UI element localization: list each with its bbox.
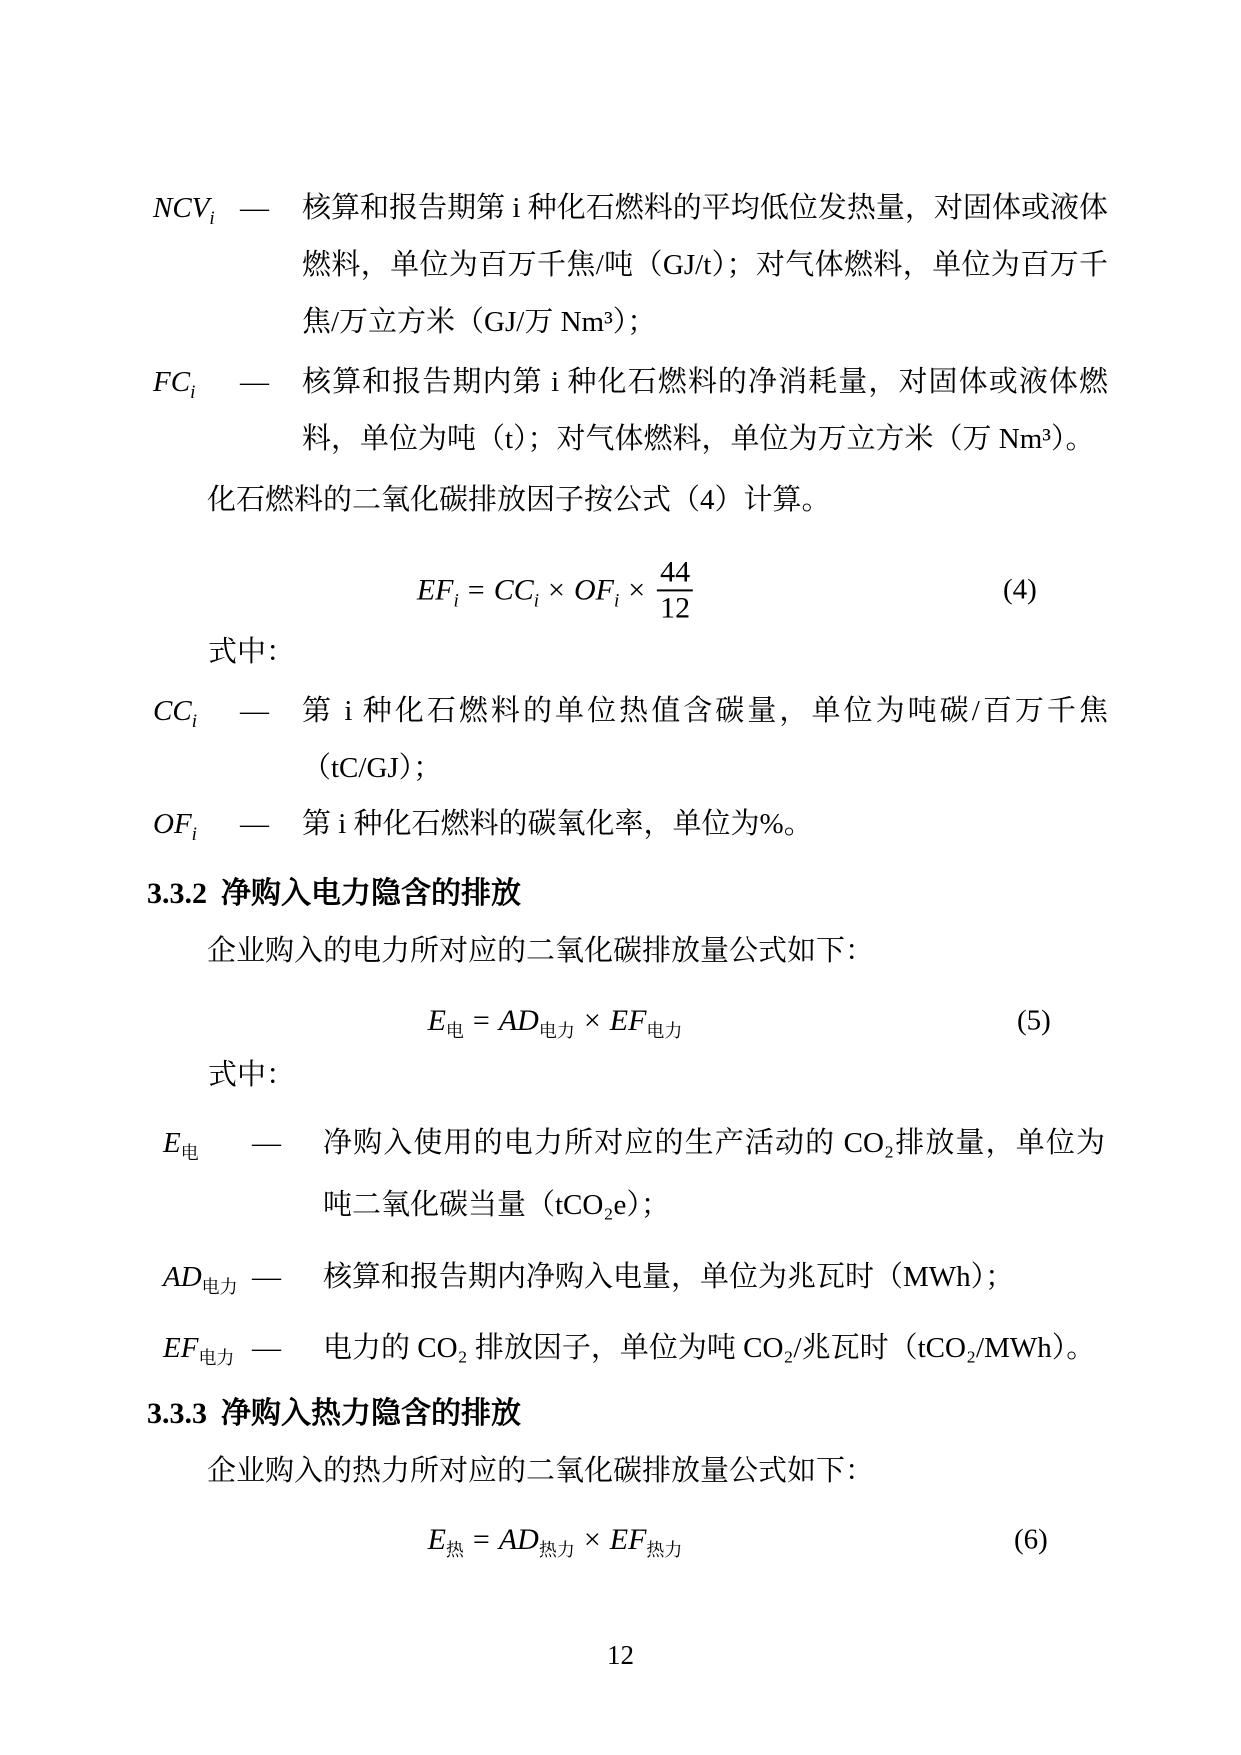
definition-dash: —	[252, 1112, 323, 1236]
paragraph-formula6-intro: 企业购入的热力所对应的二氧化碳排放量公式如下：	[145, 1443, 1107, 1500]
definition-dash: —	[252, 1246, 323, 1308]
definition-item-of: OFi — 第 i 种化石燃料的碳氧化率，单位为%。	[153, 796, 1108, 853]
definition-item-ef-dianli: EF电力 — 电力的 CO₂ 排放因子，单位为吨 CO₂/兆瓦时（tCO₂/MW…	[163, 1317, 1105, 1379]
equation-number-6: (6)	[1014, 1524, 1048, 1557]
definition-text-cc: 第 i 种化石燃料的单位热值含碳量，单位为吨碳/百万千焦（tC/GJ）；	[302, 683, 1108, 797]
where-label-2: 式中：	[208, 1047, 295, 1104]
term-fc-subscript: i	[190, 382, 195, 403]
section-title-332: 净购入电力隐含的排放	[221, 877, 521, 910]
formula-4-row: EFi = CCi × OFi × 44 12 (4)	[0, 548, 1241, 632]
formula-5-row: E电 = AD电力 × EF电力 (5)	[0, 979, 1241, 1063]
definition-dash: —	[240, 796, 302, 853]
section-number-333: 3.3.3	[147, 1397, 207, 1430]
equals-sign: =	[459, 573, 494, 607]
definition-text-of: 第 i 种化石燃料的碳氧化率，单位为%。	[302, 796, 1108, 853]
section-heading-333: 3.3.3净购入热力隐含的排放	[147, 1385, 521, 1443]
page-number: 12	[0, 1639, 1241, 1671]
fraction-denominator: 12	[660, 591, 690, 625]
where-label-1: 式中：	[208, 624, 295, 681]
formula-6-expression: E热 = AD热力 × EF热力	[428, 1523, 683, 1557]
definition-text-ncv: 核算和报告期第 i 种化石燃料的平均低位发热量，对固体或液体燃料，单位为百万千焦…	[302, 180, 1108, 351]
document-page: NCVi — 核算和报告期第 i 种化石燃料的平均低位发热量，对固体或液体燃料，…	[0, 0, 1241, 1755]
definition-item-fc: FCi — 核算和报告期内第 i 种化石燃料的净消耗量，对固体或液体燃料，单位为…	[153, 354, 1108, 468]
definition-text-ef-dianli: 电力的 CO₂ 排放因子，单位为吨 CO₂/兆瓦时（tCO₂/MWh）。	[323, 1317, 1105, 1379]
formula5-lhs: E电	[428, 1004, 464, 1038]
formula5-term1: AD电力	[499, 1004, 575, 1038]
formula6-lhs: E热	[428, 1523, 464, 1557]
paragraph-formula5-intro: 企业购入的电力所对应的二氧化碳排放量公式如下：	[145, 923, 1107, 980]
definition-text-fc: 核算和报告期内第 i 种化石燃料的净消耗量，对固体或液体燃料，单位为吨（t）；对…	[302, 354, 1108, 468]
formula4-lhs: EFi	[417, 573, 459, 607]
term-e-dian-subscript: 电	[181, 1143, 199, 1163]
term-e-dian-base: E	[163, 1127, 181, 1159]
multiply-sign: ×	[575, 1523, 610, 1557]
fraction-numerator: 44	[657, 555, 693, 591]
term-ad-dianli-subscript: 电力	[202, 1277, 238, 1297]
term-ef-dianli: EF电力	[163, 1317, 252, 1379]
definition-dash: —	[240, 180, 302, 351]
definition-dash: —	[240, 683, 302, 797]
section-heading-332: 3.3.2净购入电力隐含的排放	[147, 865, 521, 923]
term-fc-base: FC	[153, 366, 190, 398]
definition-item-e-dian: E电 — 净购入使用的电力所对应的生产活动的 CO₂排放量，单位为吨二氧化碳当量…	[163, 1112, 1105, 1236]
formula-4-expression: EFi = CCi × OFi × 44 12	[417, 555, 693, 624]
term-ef-dianli-base: EF	[163, 1332, 198, 1364]
term-ncv-subscript: i	[209, 208, 214, 229]
formula-6-row: E热 = AD热力 × EF热力 (6)	[0, 1498, 1241, 1582]
term-of: OFi	[153, 796, 240, 853]
term-of-subscript: i	[192, 824, 197, 845]
term-ad-dianli-base: AD	[163, 1261, 202, 1293]
formula6-term1: AD热力	[499, 1523, 575, 1557]
definition-dash: —	[240, 354, 302, 468]
multiply-sign: ×	[539, 573, 574, 607]
term-ad-dianli: AD电力	[163, 1246, 252, 1308]
term-fc: FCi	[153, 354, 240, 468]
term-ncv: NCVi	[153, 180, 240, 351]
equation-number-4: (4)	[1003, 574, 1037, 607]
section-number-332: 3.3.2	[147, 877, 207, 910]
equals-sign: =	[464, 1523, 499, 1557]
multiply-sign: ×	[619, 573, 654, 607]
definition-item-ad-dianli: AD电力 — 核算和报告期内净购入电量，单位为兆瓦时（MWh）；	[163, 1246, 1105, 1308]
equation-number-5: (5)	[1017, 1005, 1051, 1038]
formula6-term2: EF热力	[610, 1523, 683, 1557]
formula4-term1: CCi	[494, 573, 539, 607]
multiply-sign: ×	[575, 1004, 610, 1038]
definition-text-e-dian: 净购入使用的电力所对应的生产活动的 CO₂排放量，单位为吨二氧化碳当量（tCO₂…	[323, 1112, 1105, 1236]
fraction-44-12: 44 12	[657, 555, 693, 624]
formula5-term2: EF电力	[610, 1004, 683, 1038]
equals-sign: =	[464, 1004, 499, 1038]
term-ef-dianli-subscript: 电力	[198, 1348, 234, 1368]
term-cc: CCi	[153, 683, 240, 797]
formula4-term2: OFi	[574, 573, 619, 607]
term-ncv-base: NCV	[153, 192, 209, 224]
term-of-base: OF	[153, 808, 192, 840]
definition-item-ncv: NCVi — 核算和报告期第 i 种化石燃料的平均低位发热量，对固体或液体燃料，…	[153, 180, 1108, 351]
definition-dash: —	[252, 1317, 323, 1379]
term-cc-base: CC	[153, 695, 192, 727]
term-e-dian: E电	[163, 1112, 252, 1236]
paragraph-formula4-intro: 化石燃料的二氧化碳排放因子按公式（4）计算。	[145, 472, 1107, 529]
definition-item-cc: CCi — 第 i 种化石燃料的单位热值含碳量，单位为吨碳/百万千焦（tC/GJ…	[153, 683, 1108, 797]
section-title-333: 净购入热力隐含的排放	[221, 1397, 521, 1430]
term-cc-subscript: i	[192, 711, 197, 732]
definition-text-ad-dianli: 核算和报告期内净购入电量，单位为兆瓦时（MWh）；	[323, 1246, 1105, 1308]
formula-5-expression: E电 = AD电力 × EF电力	[428, 1004, 683, 1038]
